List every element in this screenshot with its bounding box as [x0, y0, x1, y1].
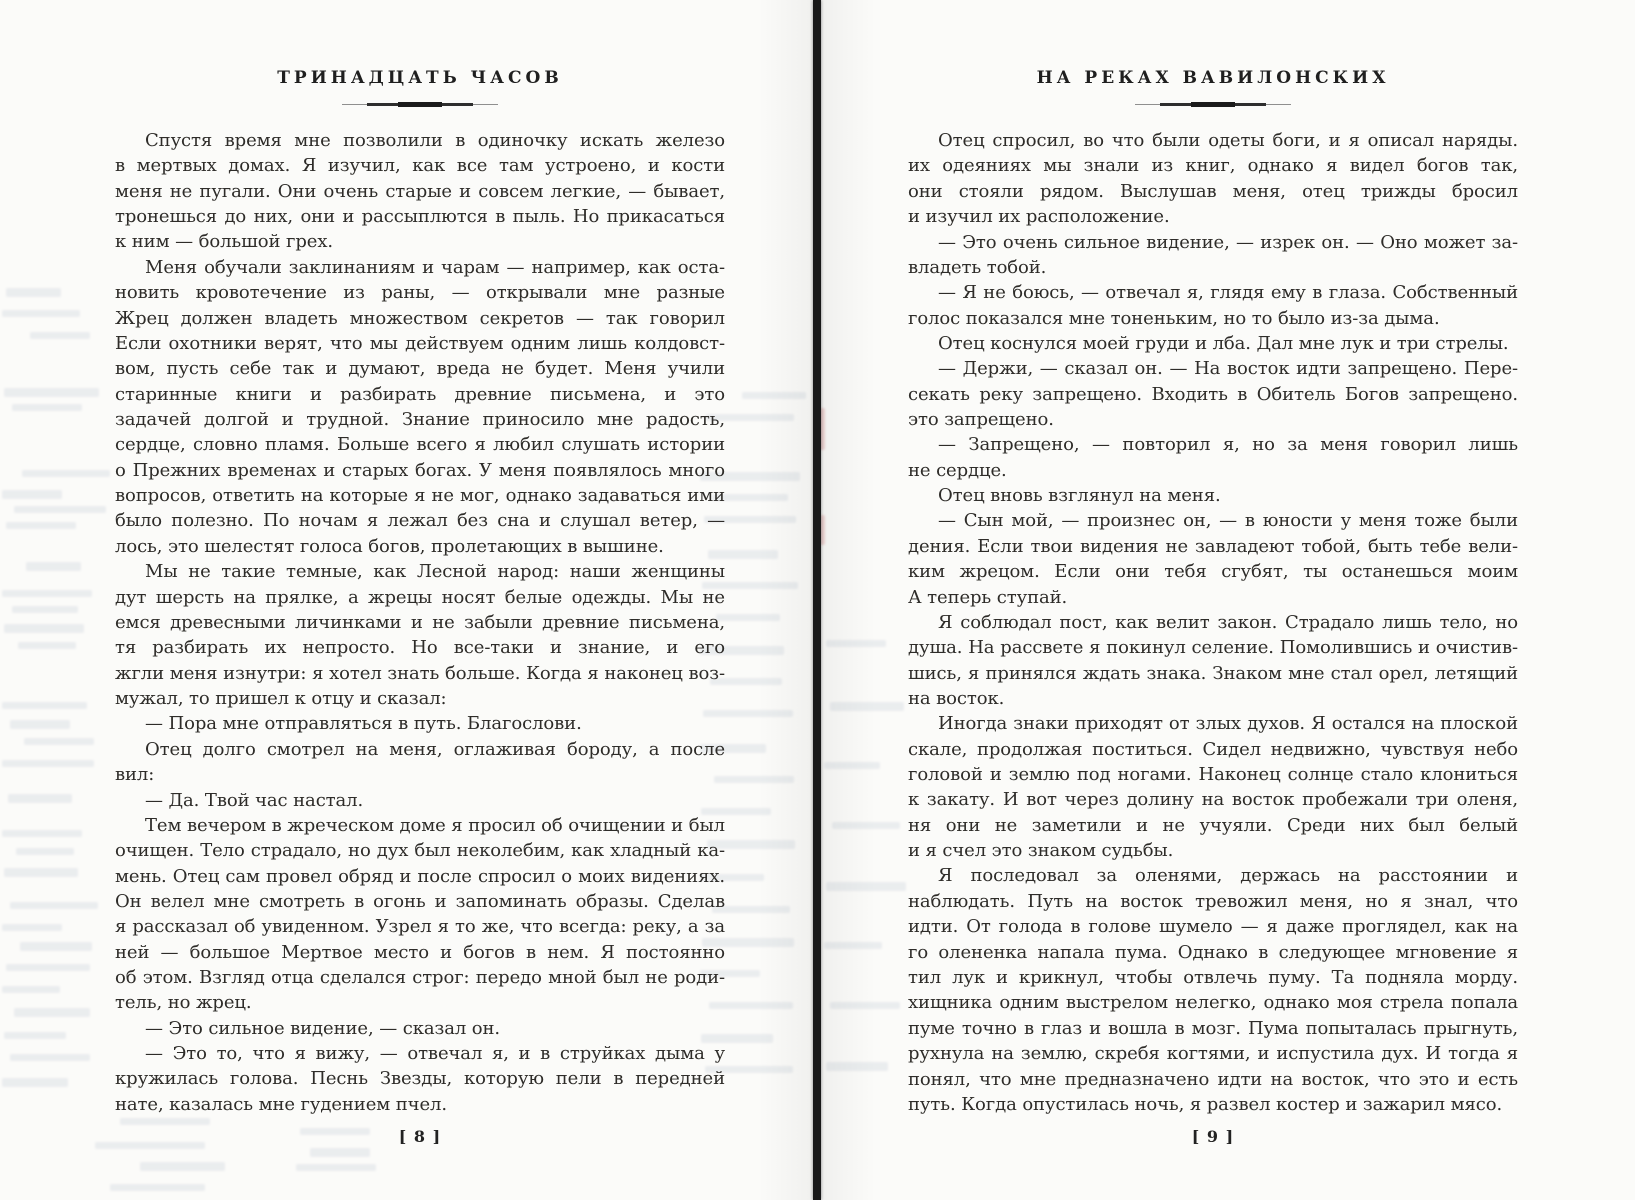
text-line: тронешься до них, они и рассыплются в пы… [115, 204, 725, 229]
text-line: наблюдать. Путь на восток тревожил меня,… [908, 889, 1518, 914]
paragraph: Тем вечером в жреческом доме я просил об… [115, 813, 725, 1016]
text-line: лось, это шелестят голоса богов, пролета… [115, 534, 725, 559]
paragraph: Отец спросил, во что были одеты боги, и … [908, 128, 1518, 230]
text-line: тил лук и крикнул, чтобы отвлечь пуму. Т… [908, 965, 1518, 990]
paragraph: Меня обучали заклинаниям и чарам — напри… [115, 255, 725, 559]
paragraph: — Сын мой, — произнес он, — в юности у м… [908, 508, 1518, 609]
paragraph: — Да. Твой час настал. [115, 788, 725, 813]
text-line: о Прежних временах и старых богах. У мен… [115, 458, 725, 483]
text-line: их одеяниях мы знали из книг, однако я в… [908, 153, 1518, 178]
text-line: — Да. Твой час настал. [115, 788, 725, 813]
text-line: Иногда знаки приходят от злых духов. Я о… [908, 711, 1518, 736]
text-line: ней — большое Мертвое место и богов в не… [115, 940, 725, 965]
text-line: секать реку запрещено. Входить в Обитель… [908, 382, 1518, 407]
text-line: вопросов, ответить на которые я не мог, … [115, 483, 725, 508]
paragraph: — Держи, — сказал он. — На восток идти з… [908, 356, 1518, 432]
paragraph: — Пора мне отправляться в путь. Благосло… [115, 711, 725, 736]
text-line: А теперь ступай. [908, 585, 1518, 610]
left-page: ТРИНАДЦАТЬ ЧАСОВ Спустя время мне позвол… [0, 0, 813, 1200]
text-line: Он велел мне смотреть в огонь и запомина… [115, 889, 725, 914]
running-head-right: НА РЕКАХ ВАВИЛОНСКИХ [908, 70, 1518, 87]
text-line: нате, казалась мне гудением пчел. [115, 1092, 725, 1117]
text-line: они стояли рядом. Выслушав меня, отец тр… [908, 179, 1518, 204]
paragraph: Отец коснулся моей груди и лба. Дал мне … [908, 331, 1518, 356]
text-line: дут шерсть на прялке, а жрецы носят белы… [115, 585, 725, 610]
text-line: Я последовал за оленями, держась на расс… [908, 863, 1518, 888]
text-line: душа. На рассвете я покинул селение. Пом… [908, 635, 1518, 660]
text-line: Спустя время мне позволили в одиночку ис… [115, 128, 725, 153]
text-line: рухнула на землю, скребя когтями, и испу… [908, 1041, 1518, 1066]
text-line: мужал, то пришел к отцу и сказал: [115, 686, 725, 711]
divider-thick-rule [398, 102, 442, 107]
text-line: я рассказал об увиденном. Узрел я то же,… [115, 914, 725, 939]
text-line: кружилась голова. Песнь Звезды, которую … [115, 1066, 725, 1091]
text-line: пуме точно в глаз и вошла в мозг. Пума п… [908, 1016, 1518, 1041]
text-line: Отец вновь взглянул на меня. [908, 483, 1518, 508]
text-line: Если охотники верят, что мы действуем од… [115, 331, 725, 356]
text-line: хищника одним выстрелом нелегко, однако … [908, 990, 1518, 1015]
text-line: к ним — большой грех. [115, 229, 725, 254]
running-head-left: ТРИНАДЦАТЬ ЧАСОВ [115, 70, 725, 87]
text-line: в мертвых домах. Я изучил, как все там у… [115, 153, 725, 178]
text-line: дения. Если твои видения не завладеют то… [908, 534, 1518, 559]
text-line: это запрещено. [908, 407, 1518, 432]
book-spread: { "pages": [ { "side": "left", "header":… [0, 0, 1635, 1200]
body-text-left: Спустя время мне позволили в одиночку ис… [115, 128, 725, 1117]
paragraph: Я последовал за оленями, держась на расс… [908, 863, 1518, 1117]
divider-thick-rule [1191, 102, 1235, 107]
text-line: Отец спросил, во что были одеты боги, и … [908, 128, 1518, 153]
text-line: очищен. Тело страдало, но дух был неколе… [115, 838, 725, 863]
text-line: головой и землю под ногами. Наконец солн… [908, 762, 1518, 787]
paragraph: Отец вновь взглянул на меня. [908, 483, 1518, 508]
text-line: скале, продолжая поститься. Сидел недвиж… [908, 737, 1518, 762]
text-line: — Это очень сильное видение, — изрек он.… [908, 230, 1518, 255]
text-line: — Пора мне отправляться в путь. Благосло… [115, 711, 725, 736]
text-line: владеть тобой. [908, 255, 1518, 280]
text-line: жгли меня изнутри: я хотел знать больше.… [115, 661, 725, 686]
text-line: го олененка напала пума. Однако в следую… [908, 940, 1518, 965]
text-line: вил: [115, 762, 725, 787]
text-line: тель, но жрец. [115, 990, 725, 1015]
text-line: Отец долго смотрел на меня, оглаживая бо… [115, 737, 725, 762]
text-line: Отец коснулся моей груди и лба. Дал мне … [908, 331, 1518, 356]
text-line: Я соблюдал пост, как велит закон. Страда… [908, 610, 1518, 635]
page-number-right: [ 9 ] [908, 1127, 1518, 1146]
paragraph: Иногда знаки приходят от злых духов. Я о… [908, 711, 1518, 863]
text-line: путь. Когда опустилась ночь, я развел ко… [908, 1092, 1518, 1117]
text-line: старинные книги и разбирать древние пись… [115, 382, 725, 407]
paragraph: — Я не боюсь, — отвечал я, глядя ему в г… [908, 280, 1518, 331]
text-line: — Сын мой, — произнес он, — в юности у м… [908, 508, 1518, 533]
text-line: и изучил их расположение. [908, 204, 1518, 229]
right-text-column: НА РЕКАХ ВАВИЛОНСКИХ Отец спросил, во чт… [908, 70, 1518, 1117]
paragraph: Я соблюдал пост, как велит закон. Страда… [908, 610, 1518, 711]
text-line: — Держи, — сказал он. — На восток идти з… [908, 356, 1518, 381]
text-line: ня они не заметили и не учуяли. Среди ни… [908, 813, 1518, 838]
text-line: не сердце. [908, 458, 1518, 483]
text-line: меня не пугали. Они очень старые и совсе… [115, 179, 725, 204]
paragraph: — Это очень сильное видение, — изрек он.… [908, 230, 1518, 281]
text-line: ким жрецом. Если они тебя сгубят, ты ост… [908, 559, 1518, 584]
left-text-column: ТРИНАДЦАТЬ ЧАСОВ Спустя время мне позвол… [115, 70, 725, 1117]
text-line: — Запрещено, — повторил я, но за меня го… [908, 432, 1518, 457]
body-text-right: Отец спросил, во что были одеты боги, и … [908, 128, 1518, 1117]
header-divider-ornament [1135, 101, 1291, 108]
text-line: и я счел это знаком судьбы. [908, 838, 1518, 863]
page-number-left: [ 8 ] [115, 1127, 725, 1146]
text-line: Мы не такие темные, как Лесной народ: на… [115, 559, 725, 584]
paragraph: — Это сильное видение, — сказал он. [115, 1016, 725, 1041]
text-line: мень. Отец сам провел обряд и после спро… [115, 864, 725, 889]
text-line: было полезно. По ночам я лежал без сна и… [115, 508, 725, 533]
text-line: Жрец должен владеть множеством секретов … [115, 306, 725, 331]
paragraph: Мы не такие темные, как Лесной народ: на… [115, 559, 725, 711]
paragraph: Спустя время мне позволили в одиночку ис… [115, 128, 725, 255]
text-line: Меня обучали заклинаниям и чарам — напри… [115, 255, 725, 280]
text-line: сердце, словно пламя. Больше всего я люб… [115, 432, 725, 457]
text-line: задачей долгой и трудной. Знание приноси… [115, 407, 725, 432]
text-line: тя разбирать их непросто. Но все-таки и … [115, 635, 725, 660]
text-line: — Это то, что я вижу, — отвечал я, и в с… [115, 1041, 725, 1066]
text-line: на восток. [908, 686, 1518, 711]
paragraph: Отец долго смотрел на меня, оглаживая бо… [115, 737, 725, 788]
text-line: Тем вечером в жреческом доме я просил об… [115, 813, 725, 838]
header-divider-ornament [342, 101, 498, 108]
text-line: голос показался мне тоненьким, но то был… [908, 306, 1518, 331]
text-line: — Я не боюсь, — отвечал я, глядя ему в г… [908, 280, 1518, 305]
paragraph: — Запрещено, — повторил я, но за меня го… [908, 432, 1518, 483]
text-line: понял, что мне предназначено идти на вос… [908, 1067, 1518, 1092]
text-line: к закату. И вот через долину на восток п… [908, 787, 1518, 812]
text-line: новить кровотечение из раны, — открывали… [115, 280, 725, 305]
right-page: НА РЕКАХ ВАВИЛОНСКИХ Отец спросил, во чт… [821, 0, 1635, 1200]
text-line: вом, пусть себе так и думают, вреда не б… [115, 356, 725, 381]
text-line: емся древесными личинками и не забыли др… [115, 610, 725, 635]
text-line: идти. От голода в голове шумело — я даже… [908, 914, 1518, 939]
text-line: — Это сильное видение, — сказал он. [115, 1016, 725, 1041]
text-line: об этом. Взгляд отца сделался строг: пер… [115, 965, 725, 990]
book-spine [813, 0, 821, 1200]
text-line: шись, я принялся ждать знака. Знаком мне… [908, 661, 1518, 686]
paragraph: — Это то, что я вижу, — отвечал я, и в с… [115, 1041, 725, 1117]
